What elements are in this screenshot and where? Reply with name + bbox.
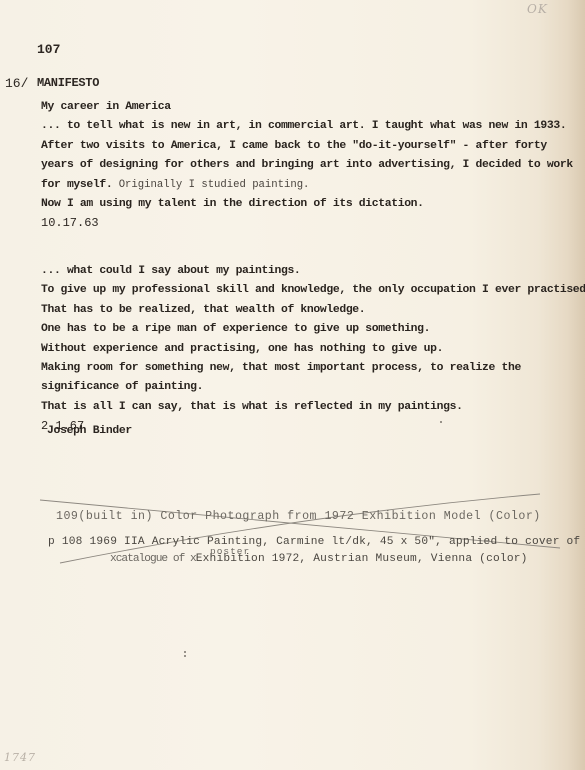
signature: Joseph Binder (47, 425, 132, 437)
ink-speck (440, 421, 442, 423)
handwritten-archive-number: 1747 (4, 751, 36, 764)
text-line: Making room for something new, that most… (41, 359, 561, 378)
caption-text: Exhibition 1972, Austrian Museum, Vienna… (196, 553, 528, 565)
caption-note-108-continued: xcatalogue of xExhibition 1972, Austrian… (110, 553, 528, 565)
ink-speck (184, 651, 186, 653)
paragraph-date: 10.17.63 (41, 214, 561, 233)
manifesto-paragraph-1: My career in America ... to tell what is… (41, 98, 561, 234)
text-line: That is all I can say, that is what is r… (41, 398, 561, 417)
overtyped-text: xcatalogue of x (110, 553, 196, 565)
added-text: Originally I studied painting. (112, 179, 309, 191)
text-line: To give up my professional skill and kno… (41, 281, 561, 300)
text-line: My career in America (41, 98, 561, 117)
manifesto-paragraph-2: ... what could I say about my paintings.… (41, 262, 561, 437)
typed-text: for myself. (41, 179, 112, 191)
caption-note-108: p 108 1969 IIA Acrylic Painting, Carmine… (48, 536, 580, 548)
text-line: for myself. Originally I studied paintin… (41, 176, 561, 195)
text-line: One has to be a ripe man of experience t… (41, 320, 561, 339)
text-line: That has to be realized, that wealth of … (41, 301, 561, 320)
caption-note-109: 109(built in) Color Photograph from 1972… (56, 510, 541, 523)
page-number: 107 (37, 42, 60, 57)
text-line: Without experience and practising, one h… (41, 340, 561, 359)
text-line: ... what could I say about my paintings. (41, 262, 561, 281)
ink-speck (184, 655, 186, 657)
text-line: years of designing for others and bringi… (41, 156, 561, 175)
text-line: significance of painting. (41, 378, 561, 397)
handwritten-corner-mark: OK (527, 2, 548, 16)
section-title: MANIFESTO (37, 76, 99, 90)
ink-speck (233, 349, 234, 350)
text-line: Now I am using my talent in the directio… (41, 195, 561, 214)
document-page: OK 107 16/ MANIFESTO My career in Americ… (0, 0, 585, 770)
section-number: 16/ (5, 76, 28, 91)
text-line: ... to tell what is new in art, in comme… (41, 117, 561, 136)
text-line: After two visits to America, I came back… (41, 137, 561, 156)
